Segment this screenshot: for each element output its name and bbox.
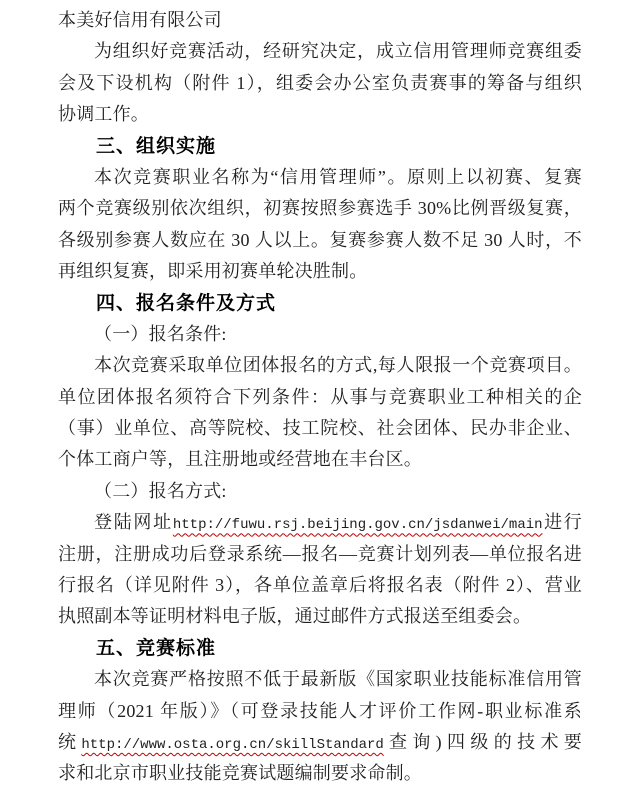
paragraph-line: 个体工商户等，且注册地或经营地在丰台区。 — [58, 444, 582, 475]
standard-url-text: http://www.osta.org.cn/skillStandard — [81, 737, 383, 753]
registration-url-text: http://fuwu.rsj.beijing.gov.cn/jsdanwei/… — [173, 517, 543, 533]
paragraph-line: 会及下设机构（附件 1），组委会办公室负责赛事的筹备与组织 — [58, 68, 582, 99]
url-prefix-text: 登陆网址 — [94, 512, 173, 532]
paragraph-line: 求和北京市职业技能竞赛试题编制要求命制。 — [58, 758, 582, 789]
paragraph-line: 行报名（详见附件 3），各单位盖章后将报名表（附件 2）、营业 — [58, 570, 582, 601]
subsection-heading-2: （二）报名方式: — [58, 476, 582, 507]
url-prefix-text: 统 — [58, 732, 81, 752]
section-heading-5: 五、竞赛标准 — [58, 633, 582, 664]
subsection-heading-1: （一）报名条件: — [58, 319, 582, 350]
paragraph-line: 注册，注册成功后登录系统—报名—竞赛计划列表—单位报名进 — [58, 539, 582, 570]
paragraph-line: 本次竞赛严格按照不低于最新版《国家职业技能标准信用管 — [58, 664, 582, 695]
paragraph-line: 单位团体报名须符合下列条件：从事与竞赛职业工种相关的企 — [58, 382, 582, 413]
url-suffix-text: 进行 — [543, 512, 582, 532]
paragraph-line: 再组织复赛，即采用初赛单轮决胜制。 — [58, 256, 582, 287]
paragraph-line: 两个竞赛级别依次组织，初赛按照参赛选手 30%比例晋级复赛， — [58, 193, 582, 224]
paragraph-line: 理师（2021 年版）》（可登录技能人才评价工作网-职业标准系 — [58, 696, 582, 727]
paragraph-line: 本次竞赛采取单位团体报名的方式,每人限报一个竞赛项目。 — [58, 350, 582, 381]
paragraph-line: 执照副本等证明材料电子版，通过邮件方式报送至组委会。 — [58, 601, 582, 632]
section-heading-4: 四、报名条件及方式 — [58, 288, 582, 319]
standard-url-line: 统http://www.osta.org.cn/skillStandard查询)… — [58, 727, 582, 758]
paragraph-line: （事）业单位、高等院校、技工院校、社会团体、民办非企业、 — [58, 413, 582, 444]
paragraph-line: 各级别参赛人数应在 30 人以上。复赛参赛人数不足 30 人时，不 — [58, 225, 582, 256]
paragraph-line: 协调工作。 — [58, 99, 582, 130]
registration-url-line: 登陆网址http://fuwu.rsj.beijing.gov.cn/jsdan… — [58, 507, 582, 538]
paragraph-line: 本次竞赛职业名称为“信用管理师”。原则上以初赛、复赛 — [58, 162, 582, 193]
paragraph-line: 为组织好竞赛活动，经研究决定，成立信用管理师竞赛组委 — [58, 36, 582, 67]
company-name-line: 本美好信用有限公司 — [58, 5, 582, 36]
url-suffix-text: 查询)四级的技术要 — [384, 732, 582, 752]
section-heading-3: 三、组织实施 — [58, 131, 582, 162]
document-page: 本美好信用有限公司 为组织好竞赛活动，经研究决定，成立信用管理师竞赛组委 会及下… — [0, 0, 643, 791]
